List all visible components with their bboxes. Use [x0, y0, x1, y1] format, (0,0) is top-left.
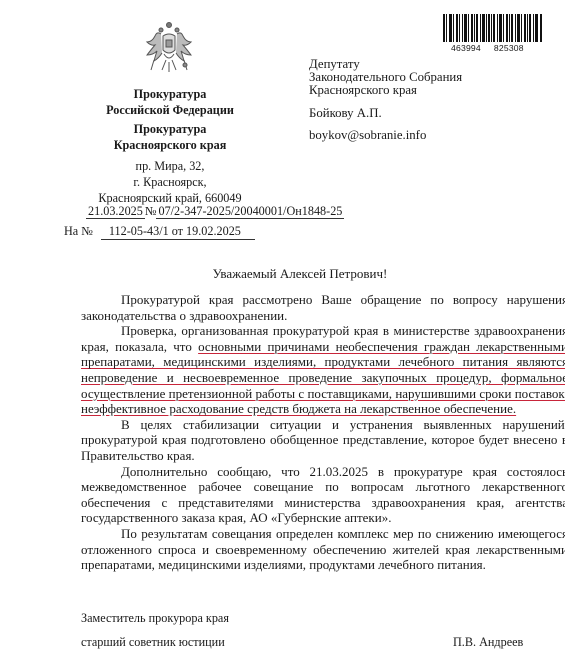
letter-body: Прокуратурой края рассмотрено Ваше обращ…: [81, 292, 565, 573]
suborg-line-1: Прокуратура: [60, 121, 280, 137]
address-line-2: г. Красноярск,: [50, 174, 290, 190]
paragraph-4: Дополнительно сообщаю, что 21.03.2025 в …: [81, 464, 565, 526]
reference-line: На №112-05-43/1 от 19.02.2025: [64, 224, 255, 240]
paragraph-5: По результатам совещания определен компл…: [81, 526, 565, 573]
org-line-1: Прокуратура: [60, 86, 280, 102]
barcode: [443, 14, 543, 42]
reg-number: 07/2-347-2025/20040001/Он1848-25: [156, 204, 344, 219]
reg-date: 21.03.2025: [86, 204, 145, 219]
suborg-name: Прокуратура Красноярского края: [60, 121, 280, 153]
org-address: пр. Мира, 32, г. Красноярск, Красноярски…: [50, 158, 290, 206]
barcode-left-digits: 463994: [451, 43, 481, 53]
barcode-right-digits: 825308: [494, 43, 524, 53]
registration-line: 21.03.2025№07/2-347-2025/20040001/Он1848…: [86, 204, 344, 219]
ref-label: На №: [64, 224, 93, 238]
paragraph-1: Прокуратурой края рассмотрено Ваше обращ…: [81, 292, 565, 323]
org-name: Прокуратура Российской Федерации: [60, 86, 280, 118]
paragraph-3: В целях стабилизации ситуации и устранен…: [81, 417, 565, 464]
signatory-name: П.В. Андреев: [453, 635, 523, 650]
address-line-1: пр. Мира, 32,: [50, 158, 290, 174]
barcode-digits: 463994825308: [451, 43, 524, 53]
recipient-line-3: Красноярского края: [309, 84, 462, 97]
salutation: Уважаемый Алексей Петрович!: [0, 266, 565, 282]
suborg-line-2: Красноярского края: [60, 137, 280, 153]
coat-of-arms-icon: [144, 20, 194, 76]
reg-no-label: №: [145, 204, 157, 218]
paragraph-2: Проверка, организованная прокуратурой кр…: [81, 323, 565, 417]
recipient-name: Бойкову А.П.: [309, 106, 382, 121]
org-line-2: Российской Федерации: [60, 102, 280, 118]
recipient-block: Депутату Законодательного Собрания Красн…: [309, 58, 462, 97]
recipient-email: boykov@sobranie.info: [309, 128, 426, 143]
signatory-position-2: старший советник юстиции: [81, 635, 225, 650]
ref-value: 112-05-43/1 от 19.02.2025: [101, 224, 255, 240]
signatory-position-1: Заместитель прокурора края: [81, 611, 229, 626]
